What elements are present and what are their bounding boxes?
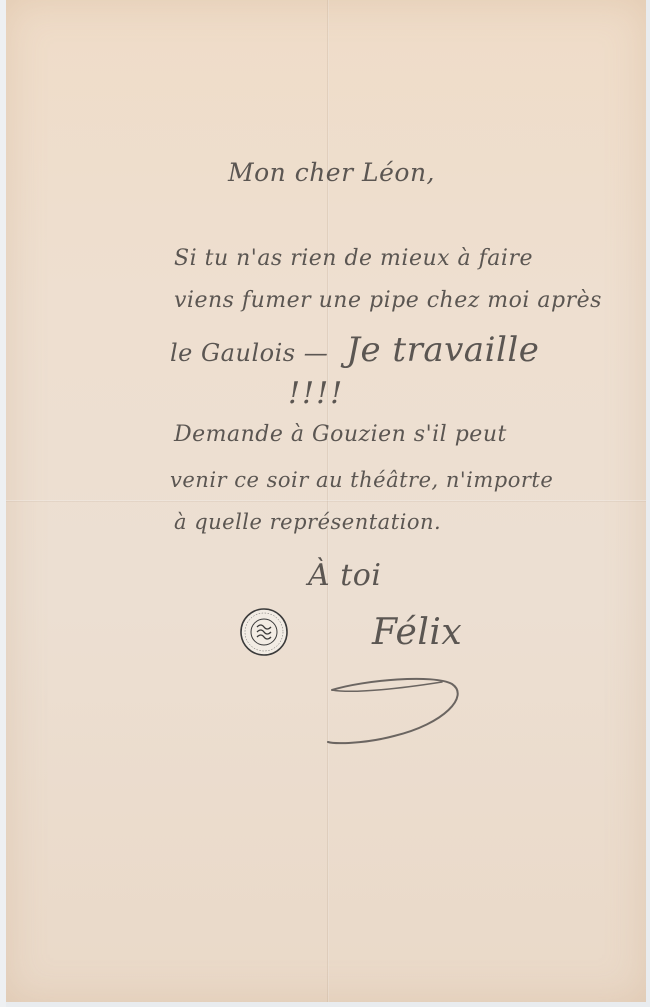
library-stamp-icon <box>239 607 289 657</box>
body-line-5: venir ce soir au théâtre, n'importe <box>170 468 553 492</box>
closing: À toi <box>308 558 381 593</box>
body-line-2: viens fumer une pipe chez moi après <box>174 288 602 313</box>
body-line-3-emphasis: Je travaille <box>346 330 539 370</box>
body-line-1: Si tu n'as rien de mieux à faire <box>174 246 533 271</box>
horizontal-fold-crease <box>6 500 646 502</box>
body-line-3-text: le Gaulois — <box>170 339 328 367</box>
salutation: Mon cher Léon, <box>228 158 435 187</box>
body-line-4: Demande à Gouzien s'il peut <box>174 422 507 447</box>
letter-paper: Mon cher Léon, Si tu n'as rien de mieux … <box>6 0 646 1002</box>
body-line-3: le Gaulois — Je travaille <box>170 330 539 370</box>
exclamation-marks: !!!! <box>288 376 344 411</box>
signature: Félix <box>372 612 462 653</box>
body-line-6: à quelle représentation. <box>174 510 441 534</box>
signature-flourish-icon <box>324 660 466 746</box>
